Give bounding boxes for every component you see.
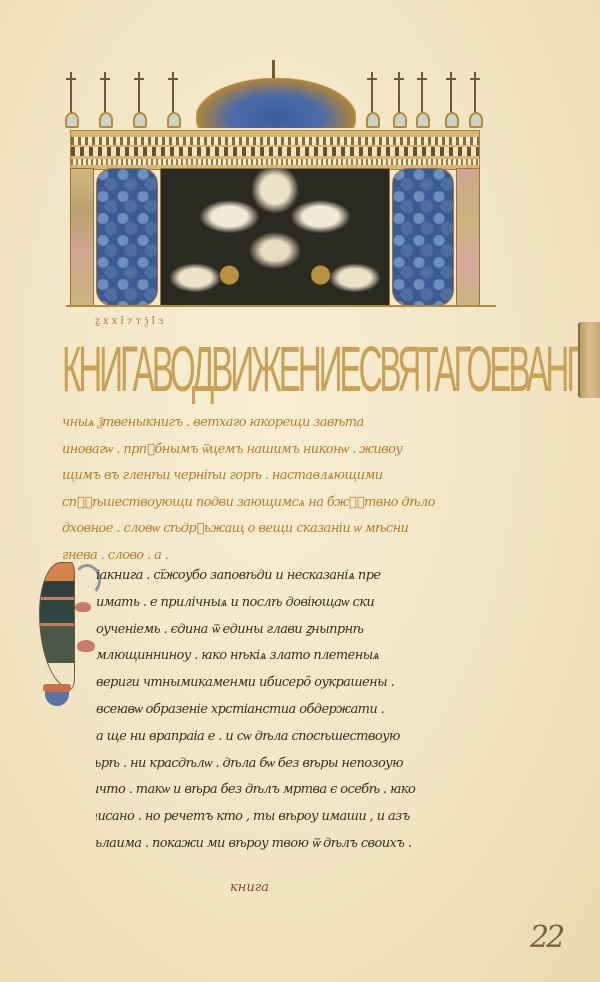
intro-line: спⷭ҇ѣшествоующи подви зающимсѧ на бжⷭ҇тв… <box>62 490 502 517</box>
ornamental-initial <box>35 562 80 707</box>
rubric-intro: чныѧ ѯтвеныкнигъ . ветхаго ꙗкорещи завѣт… <box>62 410 502 569</box>
ornamental-headpiece <box>66 60 482 310</box>
spire-ornament <box>474 72 476 116</box>
flower-icon <box>77 640 95 652</box>
spire-ornament <box>450 72 452 116</box>
body-line: єписано . но речетъ кто , ты вѣроу имаши… <box>96 804 501 831</box>
intro-line: дховное . словѡ сѣдр꙯ьжащ о вещи сказані… <box>62 516 502 543</box>
manuscript-page: ꙁ х х ӏ ⁊ т ѯ ӏ з КНИГАВОДВИЖЕНИЕСВЯТАГО… <box>0 0 600 982</box>
body-text: іакнига . сїжоубо заповѣди и несказаніѧ … <box>96 563 501 858</box>
folio-number: 22 <box>530 920 562 955</box>
intro-line: чныѧ ѯтвеныкнигъ . ветхаго ꙗкорещи завѣт… <box>62 410 502 437</box>
body-line: а ще ни врапраіа е . и сѡ дѣла спосѣшест… <box>96 724 501 751</box>
acanthus-center-panel <box>160 168 390 306</box>
body-line: млющинниноу . ꙗко нѣкіѧ злато плетеныѧ <box>96 643 501 670</box>
spire-ornament <box>70 72 72 116</box>
spire-ornament <box>421 72 423 116</box>
foliage-border-right <box>456 168 480 306</box>
spire-ornament <box>172 72 174 116</box>
spire-ornament <box>138 72 140 116</box>
initial-bowl <box>39 562 75 689</box>
body-line: оученіемь . єдина ѿ едины глави ꙁныпрнѣ <box>96 617 501 644</box>
body-line: вѣрѣ . ни красдѣлѡ . дѣла бѡ без вѣры не… <box>96 751 501 778</box>
body-line: іакнига . сїжоубо заповѣди и несказаніѧ … <box>96 563 501 590</box>
spire-ornament <box>371 72 373 116</box>
flower-icon <box>75 602 91 612</box>
catchword: книга <box>230 880 269 895</box>
central-crest-ornament <box>196 78 356 128</box>
spire-ornament <box>398 72 400 116</box>
intro-line: иновагѡ . прпⷣбнымъ ѿцемъ нашимъ никонѡ … <box>62 437 502 464</box>
spire-ornament <box>104 72 106 116</box>
body-line: всеꙗвѡ образеніе хрстіанстиа обдержати . <box>96 697 501 724</box>
interlace-border-band <box>70 130 480 170</box>
initial-base <box>43 684 71 692</box>
title-vyaz: КНИГАВОДВИЖЕНИЕСВЯТАГОЕВАНГЕЛИЯСОТАНОВЛЕ… <box>62 325 494 413</box>
initial-pot <box>45 692 69 706</box>
intro-line: щимъ въ гленѣи черніѣи горѣ . наставлѧющ… <box>62 463 502 490</box>
blue-panel-right <box>392 168 454 306</box>
blue-panel-left <box>96 168 158 306</box>
body-line: дѣлаима . покажи ми вѣроу твою ѿ дѣлъ св… <box>96 831 501 858</box>
bookmark-tab <box>578 322 600 398</box>
body-line: имать . е прилічныѧ и послѣ довіющаѡ ски <box>96 590 501 617</box>
body-line: ничто . такѡ и вѣра без дѣлъ мртва є осе… <box>96 777 501 804</box>
body-line: вериги чтнымикаменми ибисеро̑ оукрашены … <box>96 670 501 697</box>
headpiece-rule <box>66 305 496 307</box>
foliage-border-left <box>70 168 94 306</box>
